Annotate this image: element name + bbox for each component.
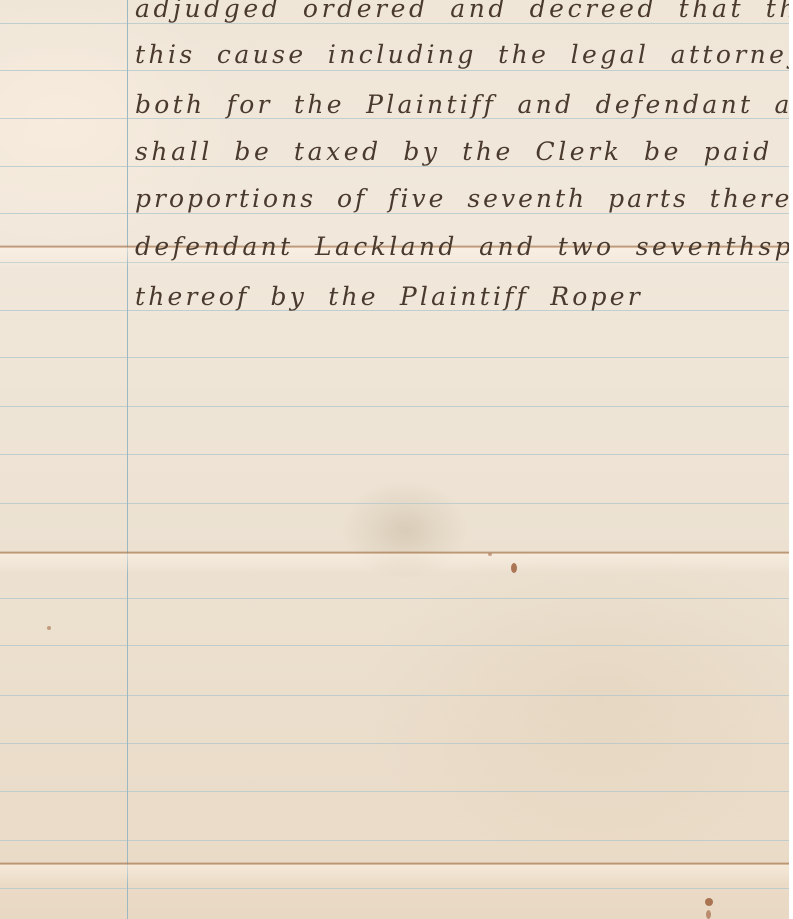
ink-spot [511, 563, 517, 573]
handwriting-line-2: this cause including the legal attorneys… [135, 40, 789, 69]
handwriting-line-7: thereof by the Plaintiff Roper [135, 282, 643, 311]
ruled-line [0, 357, 789, 358]
handwriting-line-4: shall be taxed by the Clerk be paid in t… [135, 137, 789, 166]
ruled-line [0, 166, 789, 167]
ruled-line [0, 840, 789, 841]
ruled-line [0, 70, 789, 71]
fold-highlight [0, 554, 789, 574]
ruled-line [0, 695, 789, 696]
ruled-line [0, 213, 789, 214]
ruled-line [0, 791, 789, 792]
margin-line [127, 0, 128, 919]
ruled-line [0, 454, 789, 455]
manuscript-page: adjudged ordered and decreed that the co… [0, 0, 789, 919]
page-edge [789, 0, 793, 919]
handwriting-line-3: both for the Plaintiff and defendant as … [135, 90, 789, 119]
ruled-line [0, 598, 789, 599]
ink-spot [705, 898, 713, 906]
handwriting-line-6: defendant Lackland and two seventhsparts [135, 232, 789, 261]
ruled-line [0, 503, 789, 504]
handwriting-line-1: adjudged ordered and decreed that the co… [135, 0, 789, 23]
ink-spot [47, 626, 51, 630]
ruled-line [0, 743, 789, 744]
ink-spot [706, 910, 711, 919]
fold-highlight [0, 865, 789, 885]
handwriting-line-5: proportions of five seventh parts thereo… [135, 184, 789, 213]
ink-spot [488, 553, 492, 556]
ruled-line [0, 23, 789, 24]
ruled-line [0, 406, 789, 407]
ruled-line [0, 645, 789, 646]
ruled-line [0, 888, 789, 889]
